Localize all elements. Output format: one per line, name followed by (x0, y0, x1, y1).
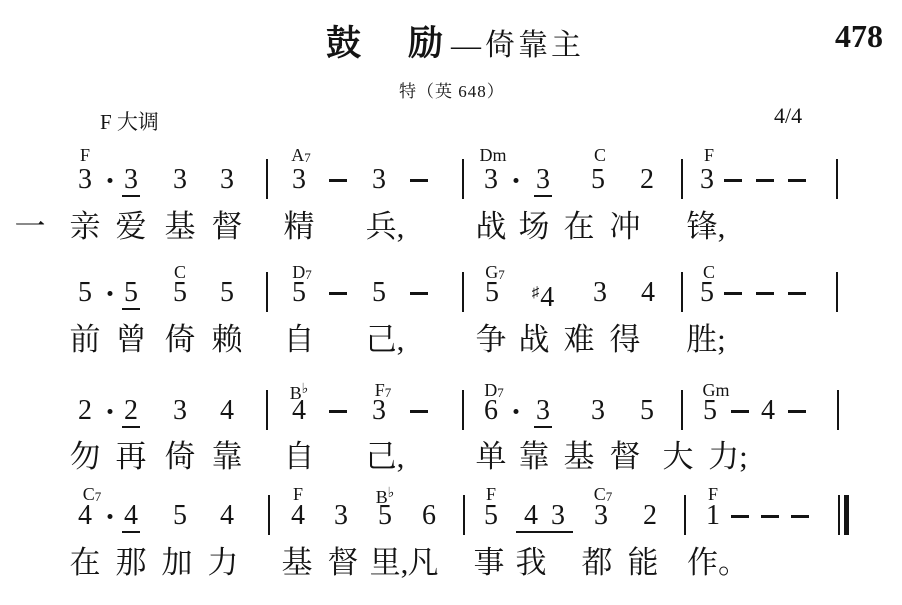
lyric-syllable: 基 (564, 440, 595, 474)
note: 4 (220, 396, 234, 426)
lyric-syllable: 得 (610, 323, 641, 357)
note: 4 (124, 501, 138, 531)
note: 3 (593, 278, 607, 308)
hymn-number: 478 (835, 18, 883, 55)
lyric-syllable: 己, (366, 323, 405, 357)
note: 3 (173, 396, 187, 426)
barline (681, 390, 683, 430)
note: 4 (292, 396, 306, 426)
barline (837, 390, 839, 430)
barline (462, 390, 464, 430)
lyric-syllable: 督 (328, 546, 359, 580)
note: 5 (292, 278, 306, 308)
lyric-syllable: 再 (116, 440, 147, 474)
hymn-title-dash: — (451, 29, 481, 63)
chord-symbol: C (594, 146, 606, 164)
lyric-syllable: 能 (628, 546, 659, 580)
barline (268, 495, 270, 535)
hymn-title-main: 鼓 励 (326, 16, 449, 66)
chord-extension: 7 (498, 267, 505, 282)
note: 3 (173, 165, 187, 195)
note: 3 (220, 165, 234, 195)
note: 4 (524, 501, 538, 531)
lyric-syllable: 亲 (70, 210, 101, 244)
lyric-syllable: 勿 (70, 440, 101, 474)
note: 3 (700, 165, 714, 195)
barline (681, 159, 683, 199)
lyric-syllable: 精 (284, 210, 315, 244)
lyric-syllable: 战 (476, 210, 507, 244)
lyric-syllable: 大 (663, 440, 694, 474)
lyric-syllable: 争 (476, 323, 507, 357)
barline (462, 159, 464, 199)
note: 3 (292, 165, 306, 195)
duration-dash (410, 179, 428, 182)
note: 3 (591, 396, 605, 426)
chord-extension: 7 (304, 150, 311, 165)
note: 5 (640, 396, 654, 426)
note: 4 (220, 501, 234, 531)
note: 4 (641, 278, 655, 308)
duration-dash (410, 410, 428, 413)
tune-source: 特（英 648） (399, 77, 505, 102)
lyric-syllable: 胜; (686, 323, 726, 357)
lyric-syllable: 督 (212, 210, 243, 244)
augmentation-dot (108, 291, 113, 296)
note: 3 (594, 501, 608, 531)
duration-dash (788, 292, 806, 295)
lyric-syllable: 冲 (610, 210, 641, 244)
barline (266, 159, 268, 199)
key-signature: F 大调 (100, 106, 159, 136)
final-barline-thin (838, 495, 840, 535)
eighth-underline (122, 308, 140, 310)
augmentation-dot (108, 178, 113, 183)
lyric-syllable: 力; (708, 440, 748, 474)
lyric-syllable: 曾 (116, 323, 147, 357)
augmentation-dot (108, 409, 113, 414)
lyric-syllable: 力 (208, 546, 239, 580)
barline (681, 272, 683, 312)
note: 5 (485, 278, 499, 308)
lyric-syllable: 事 (474, 546, 505, 580)
verse-number: 一 (15, 210, 46, 244)
note: 5 (173, 501, 187, 531)
eighth-underline (122, 531, 140, 533)
augmentation-dot (514, 409, 519, 414)
lyric-syllable: 里, (370, 546, 409, 580)
note: 6 (422, 501, 436, 531)
note: 4 (761, 396, 775, 426)
lyric-syllable: 靠 (519, 440, 550, 474)
duration-dash (731, 515, 749, 518)
lyric-syllable: 场 (519, 210, 550, 244)
lyric-syllable: 作。 (687, 546, 749, 580)
eighth-underline (122, 195, 140, 197)
chord-symbol: F (704, 146, 714, 164)
lyric-syllable: 在 (564, 210, 595, 244)
note: 5 (372, 278, 386, 308)
hymn-title-subtitle: 倚靠主 (485, 20, 584, 64)
barline (266, 272, 268, 312)
chord-symbol: F (80, 146, 90, 164)
eighth-underline (516, 531, 546, 533)
note: 5 (700, 278, 714, 308)
note: 5 (173, 278, 187, 308)
lyric-syllable: 赖 (212, 323, 243, 357)
note: 5 (484, 501, 498, 531)
barline (836, 159, 838, 199)
note: 5 (78, 278, 92, 308)
duration-dash (724, 292, 742, 295)
barline (684, 495, 686, 535)
note: 2 (124, 396, 138, 426)
note: 5 (378, 501, 392, 531)
duration-dash (329, 410, 347, 413)
page-title: 鼓 励 — 倚靠主 (326, 16, 584, 66)
note: 6 (484, 396, 498, 426)
note: 3 (124, 165, 138, 195)
hymn-sheet-page: 鼓 励 — 倚靠主 478 特（英 648） F 大调 4/4 FA7DmCF3… (0, 0, 902, 605)
barline (266, 390, 268, 430)
lyric-syllable: 自 (284, 440, 315, 474)
note: 3 (551, 501, 565, 531)
lyric-syllable: 加 (162, 546, 193, 580)
note: 4 (291, 501, 305, 531)
duration-dash (329, 179, 347, 182)
lyric-syllable: 倚 (165, 440, 196, 474)
duration-dash (724, 179, 742, 182)
lyric-syllable: 在 (70, 546, 101, 580)
note: 4 (78, 501, 92, 531)
duration-dash (756, 292, 774, 295)
note: 3 (78, 165, 92, 195)
note: 2 (78, 396, 92, 426)
chord-extension: 7 (95, 489, 102, 504)
augmentation-dot (514, 178, 519, 183)
lyric-syllable: 倚 (165, 323, 196, 357)
note: 1 (706, 501, 720, 531)
note: 3 (536, 396, 550, 426)
lyric-syllable: 兵, (366, 210, 405, 244)
barline (462, 272, 464, 312)
barline (463, 495, 465, 535)
duration-dash (756, 179, 774, 182)
note: 2 (640, 165, 654, 195)
lyric-syllable: 靠 (212, 440, 243, 474)
chord-extension: 7 (497, 385, 504, 400)
chord-symbol: Dm (480, 146, 507, 164)
lyric-syllable: 凡 (408, 546, 439, 580)
lyric-syllable: 基 (165, 210, 196, 244)
note: 5 (124, 278, 138, 308)
lyric-syllable: 我 (516, 546, 547, 580)
note: 3 (372, 165, 386, 195)
lyric-syllable: 难 (564, 323, 595, 357)
sharp-icon: ♯ (532, 285, 540, 301)
lyric-syllable: 战 (519, 323, 550, 357)
final-barline (838, 495, 849, 535)
duration-dash (788, 179, 806, 182)
lyric-syllable: 自 (284, 323, 315, 357)
lyric-syllable: 都 (582, 546, 613, 580)
eighth-underline (122, 426, 140, 428)
lyric-syllable: 基 (282, 546, 313, 580)
note: 3 (334, 501, 348, 531)
final-barline-thick (844, 495, 849, 535)
lyric-syllable: 锋, (687, 210, 726, 244)
note: 3 (372, 396, 386, 426)
duration-dash (731, 410, 749, 413)
augmentation-dot (108, 514, 113, 519)
note: 5 (220, 278, 234, 308)
duration-dash (788, 410, 806, 413)
note: 3 (484, 165, 498, 195)
note: 5 (703, 396, 717, 426)
flat-icon: ♭ (388, 486, 395, 501)
barline (836, 272, 838, 312)
duration-dash (761, 515, 779, 518)
lyric-syllable: 爱 (116, 210, 147, 244)
eighth-underline (543, 531, 573, 533)
lyric-syllable: 单 (476, 440, 507, 474)
eighth-underline (534, 195, 552, 197)
note: 3 (536, 165, 550, 195)
duration-dash (329, 292, 347, 295)
note: 5 (591, 165, 605, 195)
time-signature: 4/4 (774, 103, 802, 129)
lyric-syllable: 那 (116, 546, 147, 580)
lyric-syllable: 督 (610, 440, 641, 474)
note: ♯4 (532, 278, 555, 313)
duration-dash (410, 292, 428, 295)
lyric-syllable: 前 (70, 323, 101, 357)
eighth-underline (534, 426, 552, 428)
lyric-syllable: 己, (366, 440, 405, 474)
duration-dash (791, 515, 809, 518)
chord-extension: 7 (305, 267, 312, 282)
note: 2 (643, 501, 657, 531)
